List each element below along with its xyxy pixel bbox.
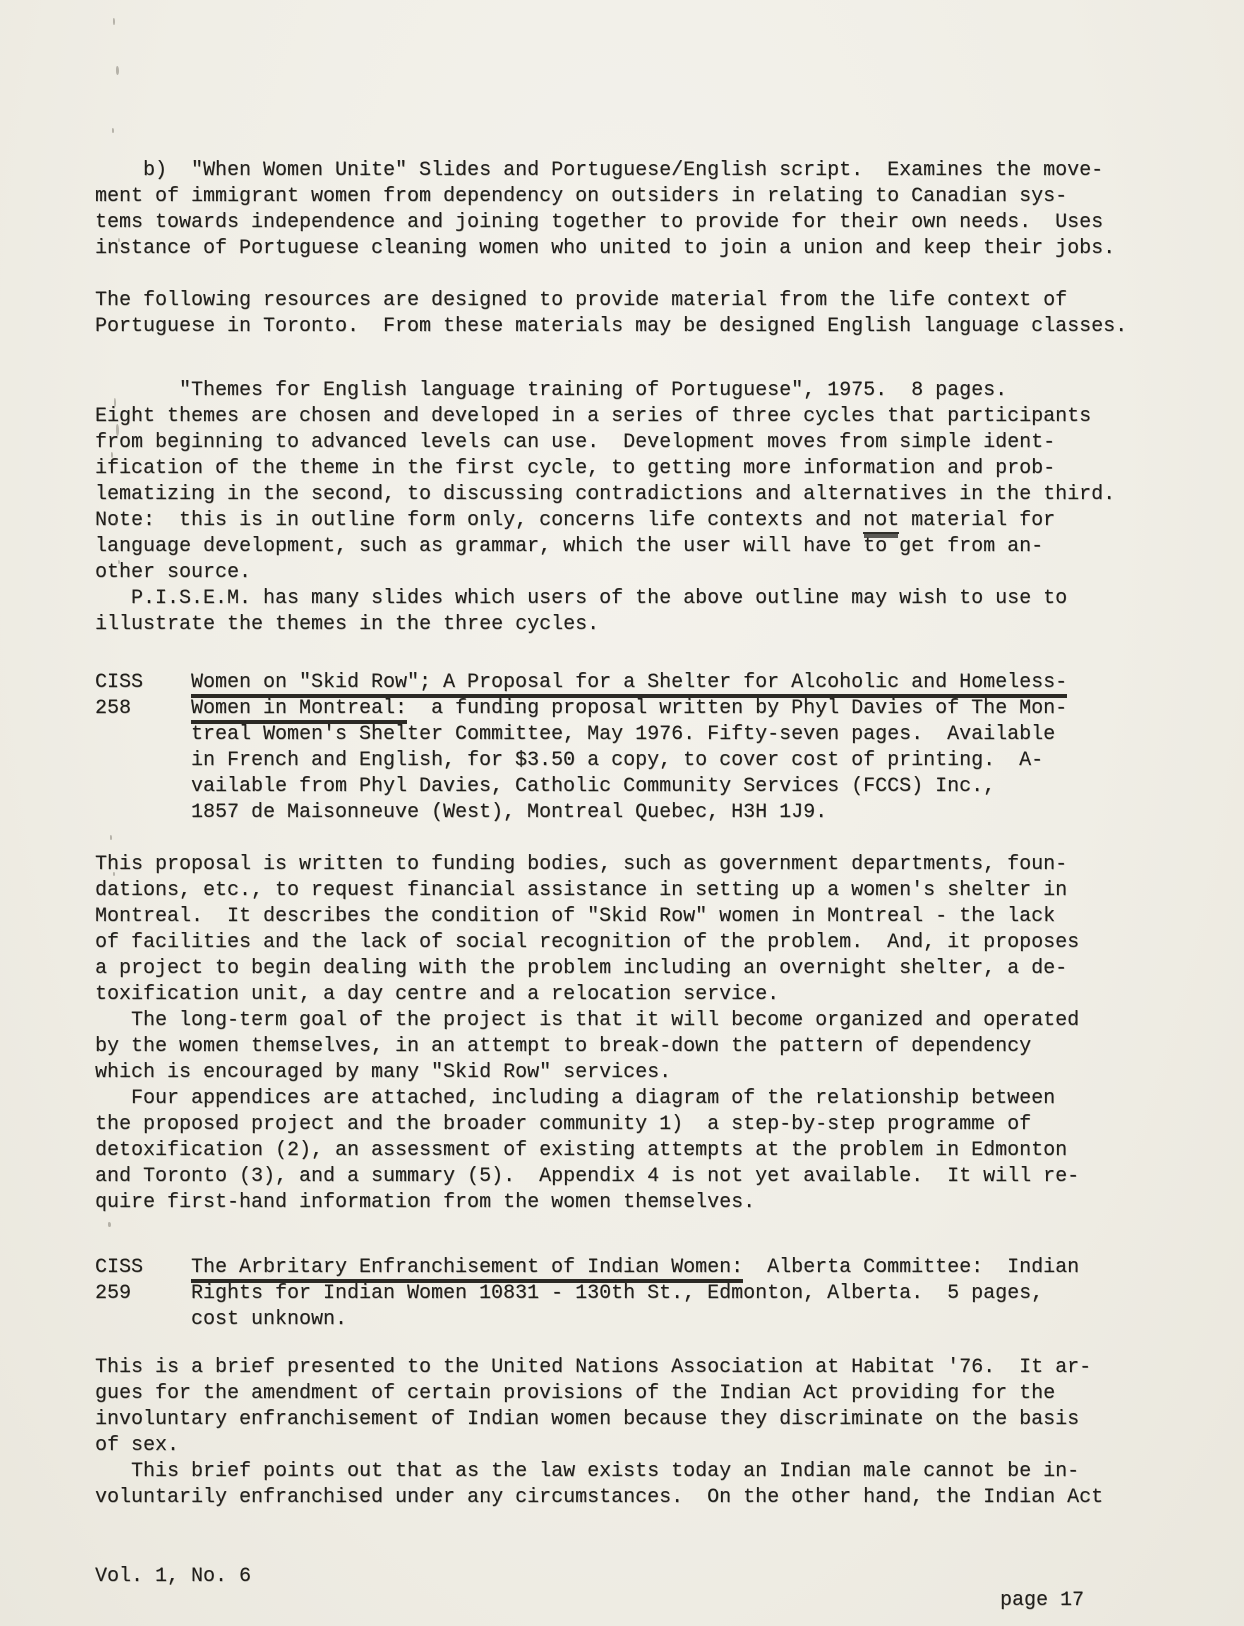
text-line: lematizing in the second, to discussing … bbox=[95, 482, 1155, 508]
entry-text: Women on "Skid Row"; A Proposal for a Sh… bbox=[191, 670, 1155, 826]
underlined-text: The Arbritary Enfranchisement of Indian … bbox=[191, 1256, 743, 1283]
scan-artifact bbox=[108, 1222, 111, 1227]
scan-artifact bbox=[116, 66, 119, 75]
entry-id-line: CISS bbox=[95, 670, 191, 696]
text-line: vailable from Phyl Davies, Catholic Comm… bbox=[191, 774, 1155, 800]
text-line: ment of immigrant women from dependency … bbox=[95, 184, 1155, 210]
text-line: 1857 de Maisonneuve (West), Montreal Que… bbox=[191, 800, 1155, 826]
entry-id-line: 259 bbox=[95, 1281, 191, 1307]
text-line: This brief points out that as the law ex… bbox=[95, 1459, 1155, 1485]
text-line: in French and English, for $3.50 a copy,… bbox=[191, 748, 1155, 774]
underlined-text: Women in Montreal: bbox=[191, 697, 407, 724]
text-line: a project to begin dealing with the prob… bbox=[95, 956, 1155, 982]
text-line: detoxification (2), an assessment of exi… bbox=[95, 1138, 1155, 1164]
text-line: other source. bbox=[95, 560, 1155, 586]
text-line: ification of the theme in the first cycl… bbox=[95, 456, 1155, 482]
volume-label: Vol. 1, No. 6 bbox=[95, 1564, 251, 1590]
text-line: gues for the amendment of certain provis… bbox=[95, 1381, 1155, 1407]
text-line: involuntary enfranchisement of Indian wo… bbox=[95, 1407, 1155, 1433]
text-line: The long-term goal of the project is tha… bbox=[95, 1008, 1155, 1034]
scan-artifact bbox=[116, 424, 119, 436]
paragraph: b) "When Women Unite" Slides and Portugu… bbox=[95, 158, 1155, 262]
text-line: Women on "Skid Row"; A Proposal for a Sh… bbox=[191, 670, 1155, 696]
paragraph: "Themes for English language training of… bbox=[95, 378, 1155, 638]
page-number: page 17 bbox=[1000, 1588, 1084, 1614]
text-line: Montreal. It describes the condition of … bbox=[95, 904, 1155, 930]
text-line: instance of Portuguese cleaning women wh… bbox=[95, 236, 1155, 262]
text-line: treal Women's Shelter Committee, May 197… bbox=[191, 722, 1155, 748]
underlined-text: Women on "Skid Row"; A Proposal for a Sh… bbox=[191, 671, 1067, 698]
entry-id: CISS259 bbox=[95, 1255, 191, 1333]
catalog-entry: CISS259The Arbritary Enfranchisement of … bbox=[95, 1255, 1155, 1333]
entry-text: The Arbritary Enfranchisement of Indian … bbox=[191, 1255, 1155, 1333]
text-line: which is encouraged by many "Skid Row" s… bbox=[95, 1060, 1155, 1086]
text-line: This is a brief presented to the United … bbox=[95, 1355, 1155, 1381]
scan-artifact bbox=[111, 452, 113, 458]
entry-id: CISS258 bbox=[95, 670, 191, 826]
paragraph: The following resources are designed to … bbox=[95, 288, 1155, 340]
scan-artifact bbox=[118, 560, 120, 564]
catalog-entry: CISS258Women on "Skid Row"; A Proposal f… bbox=[95, 670, 1155, 826]
scan-artifact bbox=[110, 835, 112, 840]
scan-artifact bbox=[118, 238, 120, 242]
text-line: Rights for Indian Women 10831 - 130th St… bbox=[191, 1281, 1155, 1307]
scan-artifact bbox=[114, 398, 116, 407]
text-line: toxification unit, a day centre and a re… bbox=[95, 982, 1155, 1008]
text-line: voluntarily enfranchised under any circu… bbox=[95, 1485, 1155, 1511]
document-body: b) "When Women Unite" Slides and Portugu… bbox=[95, 158, 1155, 1511]
text-line: language development, such as grammar, w… bbox=[95, 534, 1155, 560]
text-line: and Toronto (3), and a summary (5). Appe… bbox=[95, 1164, 1155, 1190]
text-line: by the women themselves, in an attempt t… bbox=[95, 1034, 1155, 1060]
text-line: of facilities and the lack of social rec… bbox=[95, 930, 1155, 956]
text-line: of sex. bbox=[95, 1433, 1155, 1459]
scan-artifact bbox=[112, 128, 114, 133]
text-line: Note: this is in outline form only, conc… bbox=[95, 508, 1155, 534]
text-line: illustrate the themes in the three cycle… bbox=[95, 612, 1155, 638]
underlined-text: not bbox=[863, 509, 899, 534]
text-line: b) "When Women Unite" Slides and Portugu… bbox=[95, 158, 1155, 184]
text-line: tems towards independence and joining to… bbox=[95, 210, 1155, 236]
scan-artifact bbox=[113, 18, 115, 25]
scan-artifact bbox=[115, 520, 117, 525]
scan-artifact bbox=[113, 872, 115, 876]
text-line: "Themes for English language training of… bbox=[95, 378, 1155, 404]
text-line: Portuguese in Toronto. From these materi… bbox=[95, 314, 1155, 340]
text-line: Four appendices are attached, including … bbox=[95, 1086, 1155, 1112]
text-line: The Arbritary Enfranchisement of Indian … bbox=[191, 1255, 1155, 1281]
text-line: The following resources are designed to … bbox=[95, 288, 1155, 314]
document-page: b) "When Women Unite" Slides and Portugu… bbox=[0, 0, 1244, 1626]
text-line: quire first-hand information from the wo… bbox=[95, 1190, 1155, 1216]
text-line: cost unknown. bbox=[191, 1307, 1155, 1333]
text-line: the proposed project and the broader com… bbox=[95, 1112, 1155, 1138]
paragraph: This is a brief presented to the United … bbox=[95, 1355, 1155, 1511]
paragraph: This proposal is written to funding bodi… bbox=[95, 852, 1155, 1216]
entry-id-line: CISS bbox=[95, 1255, 191, 1281]
text-line: from beginning to advanced levels can us… bbox=[95, 430, 1155, 456]
text-line: This proposal is written to funding bodi… bbox=[95, 852, 1155, 878]
text-line: P.I.S.E.M. has many slides which users o… bbox=[95, 586, 1155, 612]
entry-id-line: 258 bbox=[95, 696, 191, 722]
text-line: Eight themes are chosen and developed in… bbox=[95, 404, 1155, 430]
text-line: dations, etc., to request financial assi… bbox=[95, 878, 1155, 904]
text-line: Women in Montreal: a funding proposal wr… bbox=[191, 696, 1155, 722]
